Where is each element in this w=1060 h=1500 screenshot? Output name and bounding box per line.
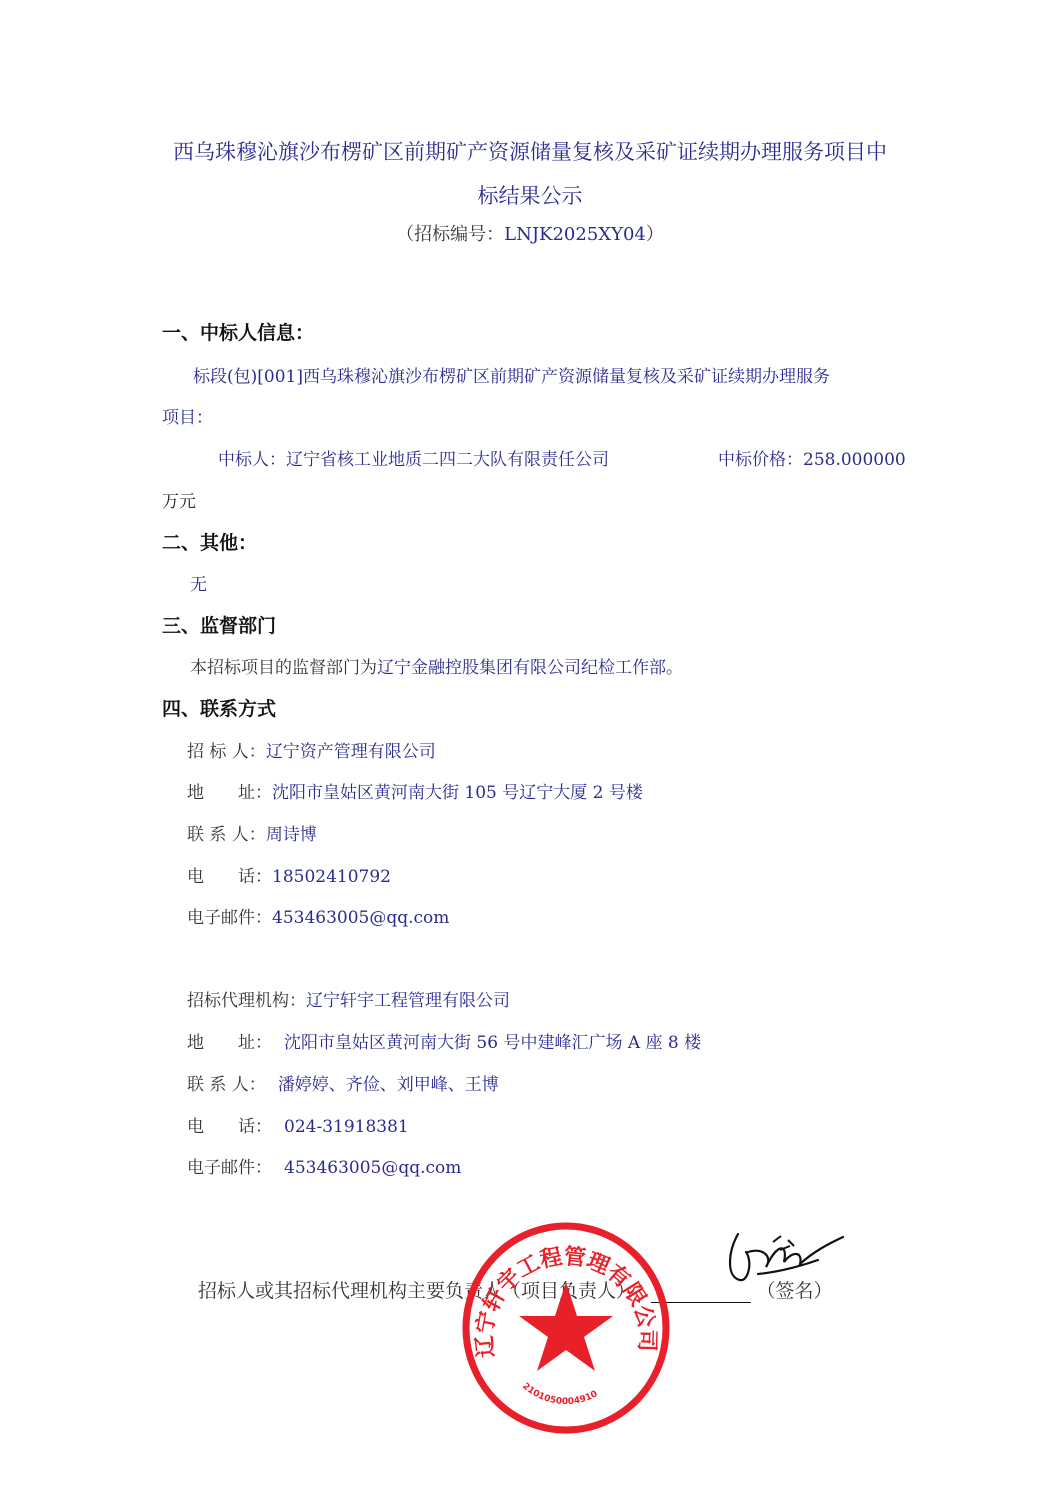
agency-email-label: 电子邮件： (187, 1153, 272, 1178)
tenderer-phone: 18502410792 (272, 867, 391, 887)
agency-address-label: 地 址： (187, 1028, 272, 1053)
tenderer-name: 辽宁资产管理有限公司 (266, 742, 436, 762)
section-heading-supervision: 三、监督部门 (162, 611, 276, 638)
tenderer-address: 沈阳市皇姑区黄河南大街 105 号辽宁大厦 2 号楼 (272, 783, 643, 803)
svg-text:2101050004910: 2101050004910 (520, 1381, 599, 1407)
agency-email-row: 电子邮件：453463005@qq.com (187, 1153, 461, 1178)
tenderer-name-row: 招 标 人：辽宁资产管理有限公司 (187, 737, 436, 762)
tenderer-email-row: 电子邮件：453463005@qq.com (187, 903, 449, 928)
agency-phone: 024-31918381 (284, 1117, 409, 1137)
supervision-line: 本招标项目的监督部门为辽宁金融控股集团有限公司纪检工作部。 (190, 653, 683, 678)
agency-phone-row: 电 话：024-31918381 (187, 1112, 409, 1137)
price-unit: 万元 (162, 487, 196, 512)
agency-address: 沈阳市皇姑区黄河南大街 56 号中建峰汇广场 A 座 8 楼 (284, 1033, 701, 1053)
tender-code-line: （招标编号：LNJK2025XY04） (0, 220, 1060, 246)
agency-name: 辽宁轩宇工程管理有限公司 (306, 991, 510, 1011)
winner-label: 中标人： (218, 450, 286, 470)
supervision-dept: 辽宁金融控股集团有限公司纪检工作部 (377, 658, 666, 678)
winner-name: 辽宁省核工业地质二四二大队有限责任公司 (286, 450, 609, 470)
tenderer-address-row: 地 址：沈阳市皇姑区黄河南大街 105 号辽宁大厦 2 号楼 (187, 778, 643, 803)
section-heading-winner: 一、中标人信息： (162, 318, 314, 345)
section-heading-other: 二、其他： (162, 528, 257, 555)
winner-line: 中标人：辽宁省核工业地质二四二大队有限责任公司 (218, 445, 609, 470)
tenderer-phone-row: 电 话：18502410792 (187, 862, 391, 887)
agency-address-row: 地 址：沈阳市皇姑区黄河南大街 56 号中建峰汇广场 A 座 8 楼 (187, 1028, 701, 1053)
tenderer-email-label: 电子邮件： (187, 903, 272, 928)
price-label: 中标价格： (718, 450, 803, 470)
supervision-prefix: 本招标项目的监督部门为 (190, 653, 377, 678)
agency-phone-label: 电 话： (187, 1112, 272, 1137)
seal-number: 2101050004910 (520, 1381, 599, 1407)
tenderer-phone-label: 电 话： (187, 862, 272, 887)
price-line: 中标价格：258.000000 (718, 445, 906, 470)
tenderer-email[interactable]: 453463005@qq.com (272, 908, 449, 928)
other-content: 无 (190, 570, 207, 595)
section-heading-contact: 四、联系方式 (162, 694, 276, 721)
doc-title-line2: 标结果公示 (0, 180, 1060, 210)
tender-code-suffix: ） (646, 224, 664, 245)
agency-contact-label: 联 系 人： (187, 1070, 266, 1095)
tender-code: LNJK2025XY04 (504, 224, 646, 245)
company-seal-icon: 辽宁轩宇工程管理有限公司 2101050004910 (460, 1222, 672, 1434)
lot-line1: 标段(包)[001]西乌珠穆沁旗沙布楞矿区前期矿产资源储量复核及采矿证续期办理服… (193, 362, 830, 387)
supervision-suffix: 。 (666, 653, 683, 678)
tenderer-contact-row: 联 系 人：周诗博 (187, 820, 317, 845)
tenderer-name-label: 招 标 人： (187, 737, 266, 762)
handwritten-signature (718, 1222, 848, 1292)
doc-title-line1: 西乌珠穆沁旗沙布楞矿区前期矿产资源储量复核及采矿证续期办理服务项目中 (0, 136, 1060, 166)
agency-contact: 潘婷婷、齐俭、刘甲峰、王博 (278, 1075, 499, 1095)
agency-name-label: 招标代理机构： (187, 986, 306, 1011)
agency-email[interactable]: 453463005@qq.com (284, 1158, 461, 1178)
tenderer-contact-label: 联 系 人： (187, 820, 266, 845)
price-value: 258.000000 (803, 450, 906, 470)
tenderer-address-label: 地 址： (187, 778, 272, 803)
agency-name-row: 招标代理机构：辽宁轩宇工程管理有限公司 (187, 986, 510, 1011)
tender-code-prefix: （招标编号： (396, 224, 504, 245)
tenderer-contact: 周诗博 (266, 825, 317, 845)
agency-contact-row: 联 系 人：潘婷婷、齐俭、刘甲峰、王博 (187, 1070, 499, 1095)
lot-line2: 项目： (162, 403, 213, 428)
